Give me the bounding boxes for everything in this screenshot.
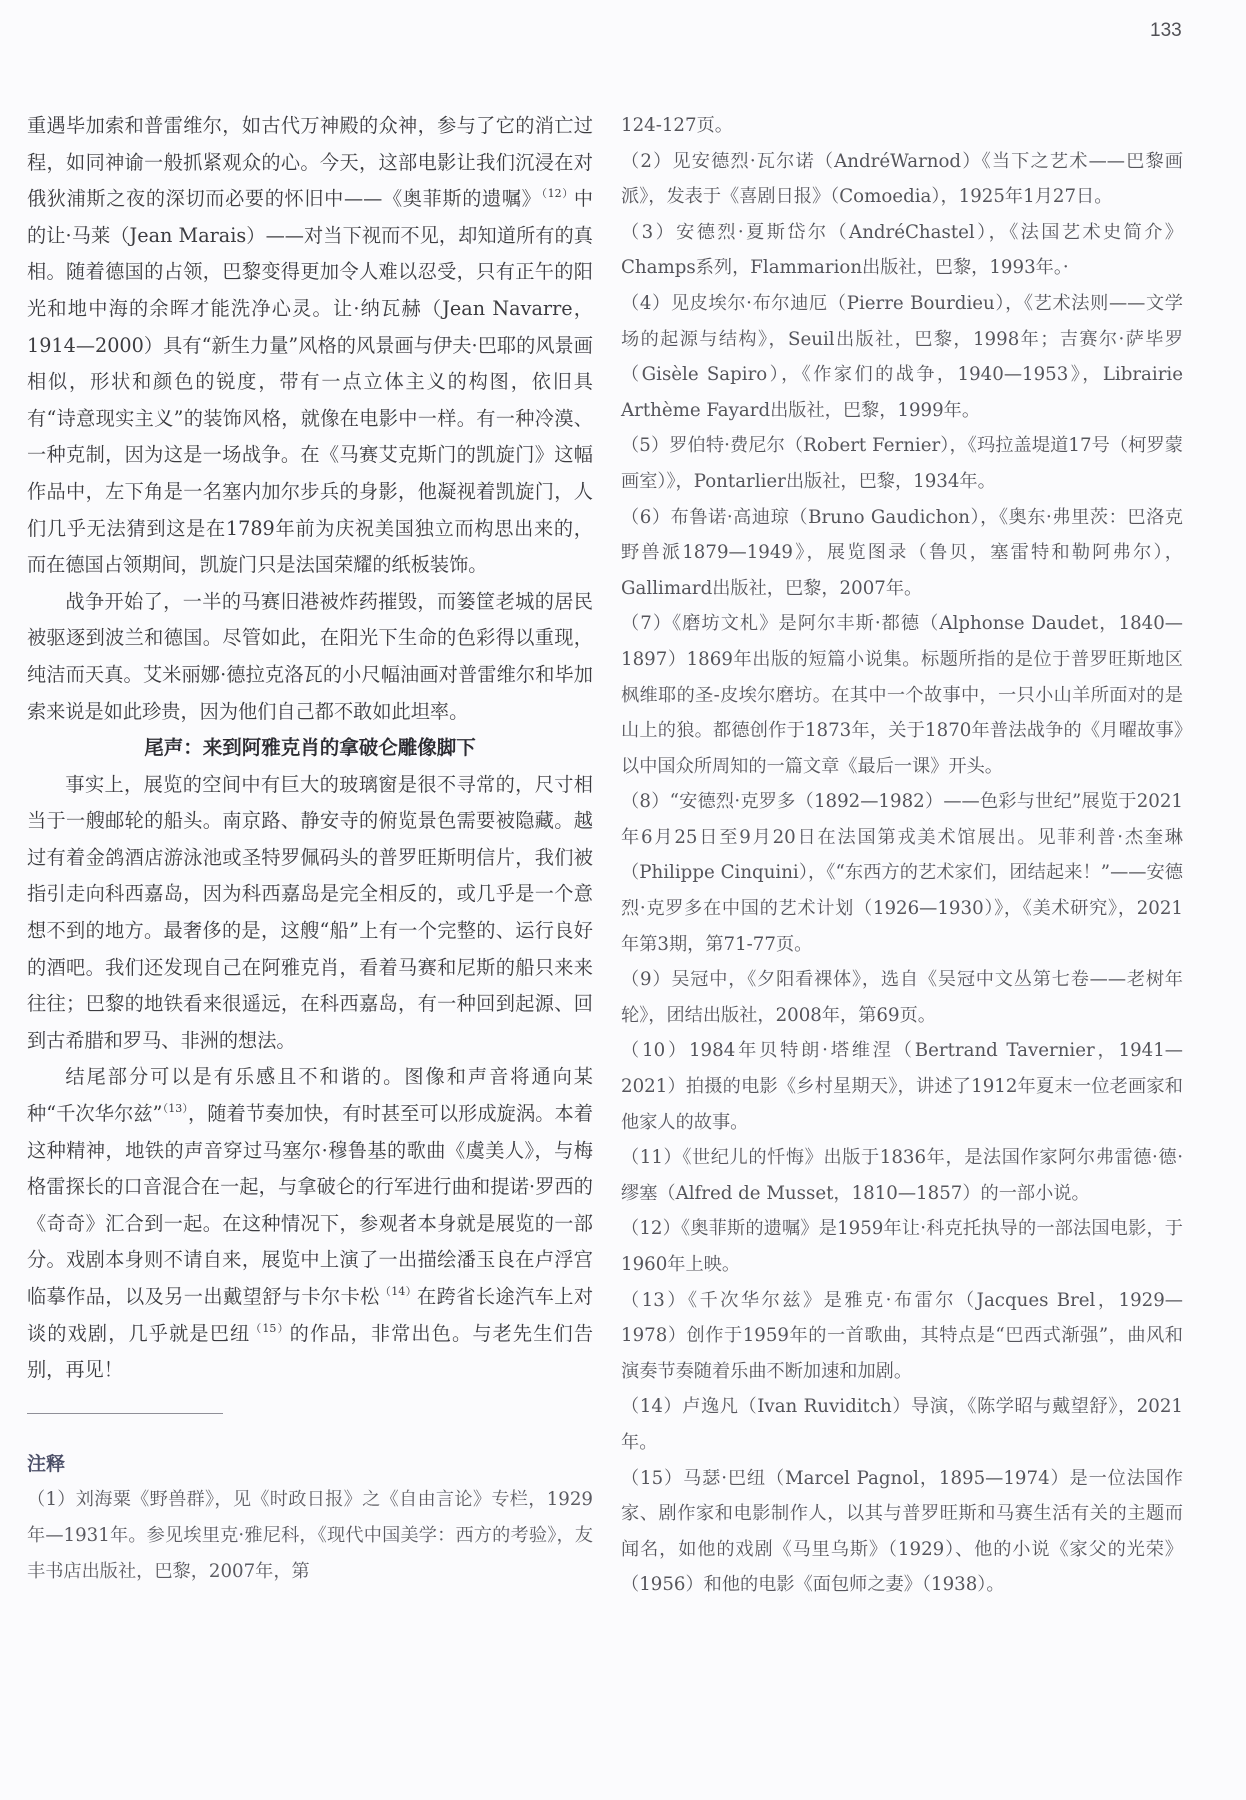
body-text-part-2: 事实上，展览的空间中有巨大的玻璃窗是很不寻常的，尺寸相当于一艘邮轮的船头。南京路… xyxy=(27,767,593,1389)
paragraph: 战争开始了，一半的马赛旧港被炸药摧毁，而篓筐老城的居民被驱逐到波兰和德国。尽管如… xyxy=(27,584,593,730)
right-column-notes: 124-127页。 （2）见安德烈·瓦尔诺（AndréWarnod）《当下之艺术… xyxy=(621,108,1183,1603)
body-text-part-1: 重遇毕加索和普雷维尔，如古代万神殿的众神，参与了它的消亡过程，如同神谕一般抓紧观… xyxy=(27,108,593,730)
paragraph: 重遇毕加索和普雷维尔，如古代万神殿的众神，参与了它的消亡过程，如同神谕一般抓紧观… xyxy=(27,108,593,584)
text-run: 重遇毕加索和普雷维尔，如古代万神殿的众神，参与了它的消亡过程，如同神谕一般抓紧观… xyxy=(27,114,593,210)
paragraph: 事实上，展览的空间中有巨大的玻璃窗是很不寻常的，尺寸相当于一艘邮轮的船头。南京路… xyxy=(27,767,593,1060)
note-item: （9）吴冠中，《夕阳看裸体》，选自《吴冠中文丛第七卷——老树年轮》，团结出版社，… xyxy=(621,962,1183,1033)
text-run: 事实上，展览的空间中有巨大的玻璃窗是很不寻常的，尺寸相当于一艘邮轮的船头。南京路… xyxy=(27,773,593,1052)
note-item: （1）刘海粟《野兽群》，见《时政日报》之《自由言论》专栏，1929年—1931年… xyxy=(27,1482,593,1590)
note-item: （8）“安德烈·克罗多（1892—1982）——色彩与世纪”展览于2021年6月… xyxy=(621,784,1183,962)
section-heading: 尾声：来到阿雅克肖的拿破仑雕像脚下 xyxy=(27,730,593,767)
page-number: 133 xyxy=(1150,20,1182,42)
footnote-ref-13[interactable]: （13） xyxy=(163,1102,188,1115)
notes-heading: 注释 xyxy=(27,1446,593,1483)
left-column: 重遇毕加索和普雷维尔，如古代万神殿的众神，参与了它的消亡过程，如同神谕一般抓紧观… xyxy=(27,108,593,1590)
note-item: （14）卢逸凡（Ivan Ruviditch）导演，《陈学昭与戴望舒》，2021… xyxy=(621,1389,1183,1460)
note-item: （2）见安德烈·瓦尔诺（AndréWarnod）《当下之艺术——巴黎画派》，发表… xyxy=(621,144,1183,215)
note-item: （7）《磨坊文札》是阿尔丰斯·都德（Alphonse Daudet，1840—1… xyxy=(621,606,1183,784)
footnote-ref-15[interactable]: （15） xyxy=(250,1322,289,1335)
text-run: 战争开始了，一半的马赛旧港被炸药摧毁，而篓筐老城的居民被驱逐到波兰和德国。尽管如… xyxy=(27,590,593,723)
footnote-ref-14[interactable]: （14） xyxy=(380,1285,417,1298)
paragraph: 结尾部分可以是有乐感且不和谐的。图像和声音将通向某种“千次华尔兹”（13），随着… xyxy=(27,1059,593,1388)
text-run: 中的让·马莱（Jean Marais）——对当下视而不见，却知道所有的真相。随着… xyxy=(27,187,593,576)
note-item: （5）罗伯特·费尼尔（Robert Fernier），《玛拉盖堤道17号（柯罗蒙… xyxy=(621,428,1183,499)
text-run: ，随着节奏加快，有时甚至可以形成旋涡。本着这种精神，地铁的声音穿过马塞尔·穆鲁基… xyxy=(27,1102,593,1308)
note-item: （11）《世纪儿的忏悔》出版于1836年，是法国作家阿尔弗雷德·德·缪塞（Alf… xyxy=(621,1140,1183,1211)
note-item: （3）安德烈·夏斯岱尔（AndréChastel），《法国艺术史简介》Champ… xyxy=(621,215,1183,286)
note-item: 124-127页。 xyxy=(621,108,1183,144)
footnote-divider xyxy=(27,1413,223,1414)
note-item: （4）见皮埃尔·布尔迪厄（Pierre Bourdieu），《艺术法则——文学场… xyxy=(621,286,1183,428)
footnote-ref-12[interactable]: （12） xyxy=(541,187,573,200)
note-item: （12）《奥菲斯的遗嘱》是1959年让·科克托执导的一部法国电影，于1960年上… xyxy=(621,1211,1183,1282)
note-item: （15）马瑟·巴纽（Marcel Pagnol，1895—1974）是一位法国作… xyxy=(621,1461,1183,1603)
note-item: （13）《千次华尔兹》是雅克·布雷尔（Jacques Brel，1929—197… xyxy=(621,1283,1183,1390)
note-item: （10）1984年贝特朗·塔维涅（Bertrand Tavernier，1941… xyxy=(621,1033,1183,1140)
note-item: （6）布鲁诺·高迪琼（Bruno Gaudichon），《奥东·弗里茨：巴洛克野… xyxy=(621,500,1183,607)
